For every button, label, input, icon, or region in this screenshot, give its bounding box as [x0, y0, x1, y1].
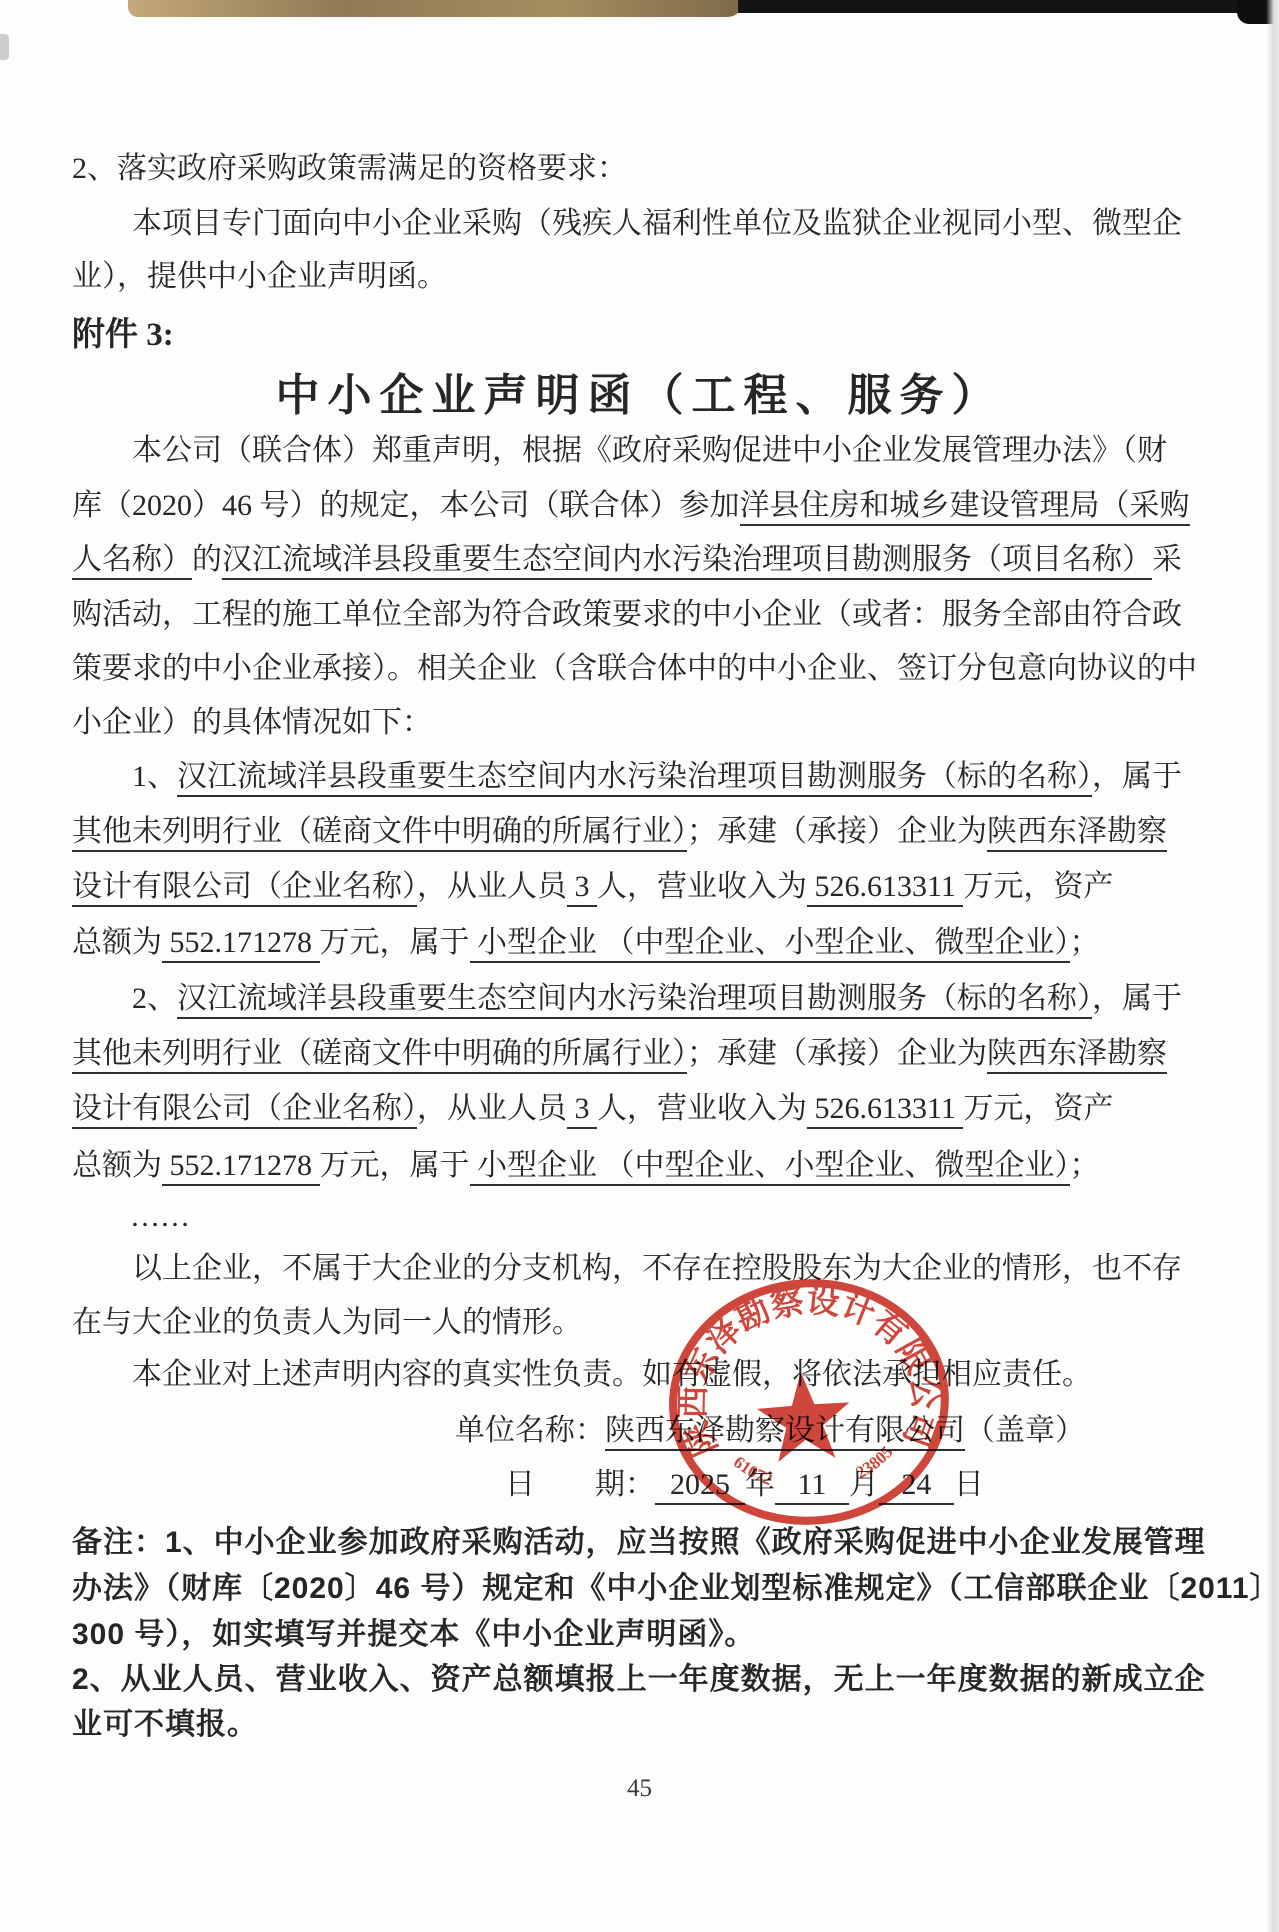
filled-blank: 552.171278 — [162, 1149, 320, 1186]
text-segment: …… — [130, 1200, 190, 1233]
date-line: 日 期： 2025 年 11 月 24 日 — [505, 1466, 984, 1504]
text-segment: 购活动，工程的施工单位全部为符合政策要求的中小企业（或者：服务全部由符合政 — [72, 598, 1182, 631]
para-line-2: 库（2020）46 号）的规定，本公司（联合体）参加洋县住房和城乡建设管理局（采… — [72, 487, 1190, 525]
para-line-1: 本公司（联合体）郑重声明，根据《政府采购促进中小企业发展管理办法》（财 — [132, 432, 1167, 470]
text-segment: 办法》（财库〔2020〕46 号）规定和《中小企业划型标准规定》（工信部联企业〔… — [72, 1572, 1279, 1605]
text-segment: 年 — [745, 1468, 775, 1501]
filled-blank: 小型企业 （中型企业、小型企业、微型企业） — [470, 1149, 1070, 1186]
filled-blank: 小型企业 （中型企业、小型企业、微型企业） — [470, 926, 1070, 963]
item1-line-2: 其他未列明行业（磋商文件中明确的所属行业）；承建（承接）企业为陕西东泽勘察 — [72, 813, 1167, 851]
text-segment: 备注：1、中小企业参加政府采购活动，应当按照《政府采购促进中小企业发展管理 — [72, 1526, 1206, 1559]
text-segment: 单位名称： — [455, 1414, 605, 1447]
text-segment: 在与大企业的负责人为同一人的情形。 — [72, 1306, 582, 1339]
filled-blank: 2025 — [655, 1468, 745, 1505]
doc-title: 中小企业声明函（工程、服务） — [0, 368, 1279, 423]
item2-line-2: 其他未列明行业（磋商文件中明确的所属行业）；承建（承接）企业为陕西东泽勘察 — [72, 1035, 1167, 1073]
filled-blank: 其他未列明行业（磋商文件中明确的所属行业） — [72, 815, 687, 852]
note-line-1: 备注：1、中小企业参加政府采购活动，应当按照《政府采购促进中小企业发展管理 — [72, 1524, 1206, 1562]
text-segment: 总额为 — [72, 1149, 162, 1182]
text-segment: 本企业对上述声明内容的真实性负责。如有虚假，将依法承担相应责任。 — [132, 1358, 1092, 1391]
filled-blank: 汉江流域洋县段重要生态空间内水污染治理项目勘测服务（标的名称） — [177, 982, 1092, 1019]
pre-body-2: 业），提供中小企业声明函。 — [72, 258, 447, 296]
text-segment: ，属于 — [1092, 982, 1182, 1015]
pre-item-2: 2、落实政府采购政策需满足的资格要求： — [72, 150, 627, 188]
page-number: 45 — [0, 1775, 1279, 1803]
text-segment: 人，营业收入为 — [597, 1092, 807, 1125]
text-segment: 的 — [192, 543, 222, 576]
closing-line-3: 本企业对上述声明内容的真实性负责。如有虚假，将依法承担相应责任。 — [132, 1356, 1092, 1394]
attachment-label: 附件 3: — [72, 315, 174, 356]
text-segment: 人，营业收入为 — [597, 870, 807, 903]
filled-blank: 526.613311 — [807, 1092, 963, 1129]
filled-blank: 陕西东泽勘察 — [987, 1037, 1167, 1074]
filled-blank: 人名称） — [72, 543, 192, 580]
note-line-2: 办法》（财库〔2020〕46 号）规定和《中小企业划型标准规定》（工信部联企业〔… — [72, 1570, 1279, 1608]
item1-line-1: 1、汉江流域洋县段重要生态空间内水污染治理项目勘测服务（标的名称），属于 — [132, 758, 1182, 796]
filled-blank: 11 — [775, 1468, 849, 1505]
text-segment: 本公司（联合体）郑重声明，根据《政府采购促进中小企业发展管理办法》（财 — [132, 434, 1167, 467]
filled-blank: 3 — [567, 1092, 597, 1129]
para-line-4: 购活动，工程的施工单位全部为符合政策要求的中小企业（或者：服务全部由符合政 — [72, 596, 1182, 634]
text-segment: 附件 3: — [72, 317, 174, 353]
closing-line-1: 以上企业，不属于大企业的分支机构，不存在控股股东为大企业的情形，也不存 — [132, 1250, 1182, 1288]
text-segment: ，属于 — [1092, 760, 1182, 793]
note-line-5: 业可不填报。 — [72, 1706, 258, 1744]
filled-blank: 24 — [879, 1468, 954, 1505]
text-segment: ；承建（承接）企业为 — [687, 815, 987, 848]
text-segment: 业可不填报。 — [72, 1708, 258, 1741]
text-segment: 日 — [954, 1468, 984, 1501]
ellipsis-line: …… — [130, 1198, 190, 1236]
text-segment: 库（2020）46 号）的规定，本公司（联合体）参加 — [72, 489, 740, 522]
filled-blank: 526.613311 — [807, 870, 963, 907]
text-segment: ，从业人员 — [417, 1092, 567, 1125]
filled-blank: 陕西东泽勘察 — [987, 815, 1167, 852]
page-edge-shadow — [1266, 0, 1279, 1932]
text-segment: 万元，属于 — [320, 1149, 470, 1182]
text-segment: 业），提供中小企业声明函。 — [72, 260, 447, 293]
signature-line: 单位名称：陕西东泽勘察设计有限公司（盖章） — [455, 1412, 1085, 1450]
photo-background-artifact — [738, 0, 1279, 13]
text-segment: ； — [1070, 926, 1100, 959]
filled-blank: 陕西东泽勘察设计有限公司 — [605, 1414, 965, 1451]
item1-line-4: 总额为 552.171278 万元，属于 小型企业 （中型企业、小型企业、微型企… — [72, 924, 1100, 962]
text-segment: ；承建（承接）企业为 — [687, 1037, 987, 1070]
text-segment: 万元，属于 — [320, 926, 470, 959]
filled-blank: 552.171278 — [162, 926, 320, 963]
text-segment: 月 — [849, 1468, 879, 1501]
filled-blank: 汉江流域洋县段重要生态空间内水污染治理项目勘测服务（标的名称） — [177, 760, 1092, 797]
text-segment: 采 — [1152, 543, 1182, 576]
text-segment: 300 号），如实填写并提交本《中小企业声明函》。 — [72, 1618, 755, 1651]
filled-blank: 汉江流域洋县段重要生态空间内水污染治理项目勘测服务（项目名称） — [222, 543, 1152, 580]
text-segment: （盖章） — [965, 1414, 1085, 1447]
text-segment: 2、 — [132, 982, 177, 1015]
text-segment: 日 期： — [505, 1468, 655, 1501]
text-segment: 万元，资产 — [963, 870, 1113, 903]
filled-blank: 设计有限公司（企业名称） — [72, 1092, 417, 1129]
para-line-6: 小企业）的具体情况如下： — [72, 704, 432, 742]
filled-blank: 3 — [567, 870, 597, 907]
item2-line-1: 2、汉江流域洋县段重要生态空间内水污染治理项目勘测服务（标的名称），属于 — [132, 980, 1182, 1018]
text-segment: 小企业）的具体情况如下： — [72, 706, 432, 739]
closing-line-2: 在与大企业的负责人为同一人的情形。 — [72, 1304, 582, 1342]
filled-blank: 设计有限公司（企业名称） — [72, 870, 417, 907]
text-segment: 策要求的中小企业承接）。相关企业（含联合体中的中小企业、签订分包意向协议的中 — [72, 652, 1197, 685]
text-segment: 本项目专门面向中小企业采购（残疾人福利性单位及监狱企业视同小型、微型企 — [132, 207, 1182, 240]
note-line-4: 2、从业人员、营业收入、资产总额填报上一年度数据，无上一年度数据的新成立企 — [72, 1661, 1206, 1699]
photo-background-artifact — [128, 0, 742, 17]
text-segment: 万元，资产 — [963, 1092, 1113, 1125]
scanned-document-page: 2、落实政府采购政策需满足的资格要求：本项目专门面向中小企业采购（残疾人福利性单… — [0, 0, 1279, 1932]
pre-body-1: 本项目专门面向中小企业采购（残疾人福利性单位及监狱企业视同小型、微型企 — [132, 205, 1182, 243]
text-segment: 总额为 — [72, 926, 162, 959]
text-segment: ； — [1070, 1149, 1100, 1182]
item2-line-4: 总额为 552.171278 万元，属于 小型企业 （中型企业、小型企业、微型企… — [72, 1147, 1100, 1185]
item2-line-3: 设计有限公司（企业名称），从业人员 3 人，营业收入为 526.613311 万… — [72, 1090, 1113, 1128]
note-line-3: 300 号），如实填写并提交本《中小企业声明函》。 — [72, 1616, 755, 1654]
text-segment: 以上企业，不属于大企业的分支机构，不存在控股股东为大企业的情形，也不存 — [132, 1252, 1182, 1285]
text-segment: 中小企业声明函（工程、服务） — [276, 371, 1004, 420]
para-line-5: 策要求的中小企业承接）。相关企业（含联合体中的中小企业、签订分包意向协议的中 — [72, 650, 1197, 688]
text-segment: 2、落实政府采购政策需满足的资格要求： — [72, 152, 627, 185]
text-segment: 1、 — [132, 760, 177, 793]
para-line-3: 人名称）的汉江流域洋县段重要生态空间内水污染治理项目勘测服务（项目名称）采 — [72, 541, 1182, 579]
item1-line-3: 设计有限公司（企业名称），从业人员 3 人，营业收入为 526.613311 万… — [72, 868, 1113, 906]
text-segment: 2、从业人员、营业收入、资产总额填报上一年度数据，无上一年度数据的新成立企 — [72, 1663, 1206, 1696]
text-segment: ，从业人员 — [417, 870, 567, 903]
page-edge-mark — [0, 34, 9, 60]
filled-blank: 其他未列明行业（磋商文件中明确的所属行业） — [72, 1037, 687, 1074]
filled-blank: 洋县住房和城乡建设管理局（采购 — [740, 489, 1190, 526]
